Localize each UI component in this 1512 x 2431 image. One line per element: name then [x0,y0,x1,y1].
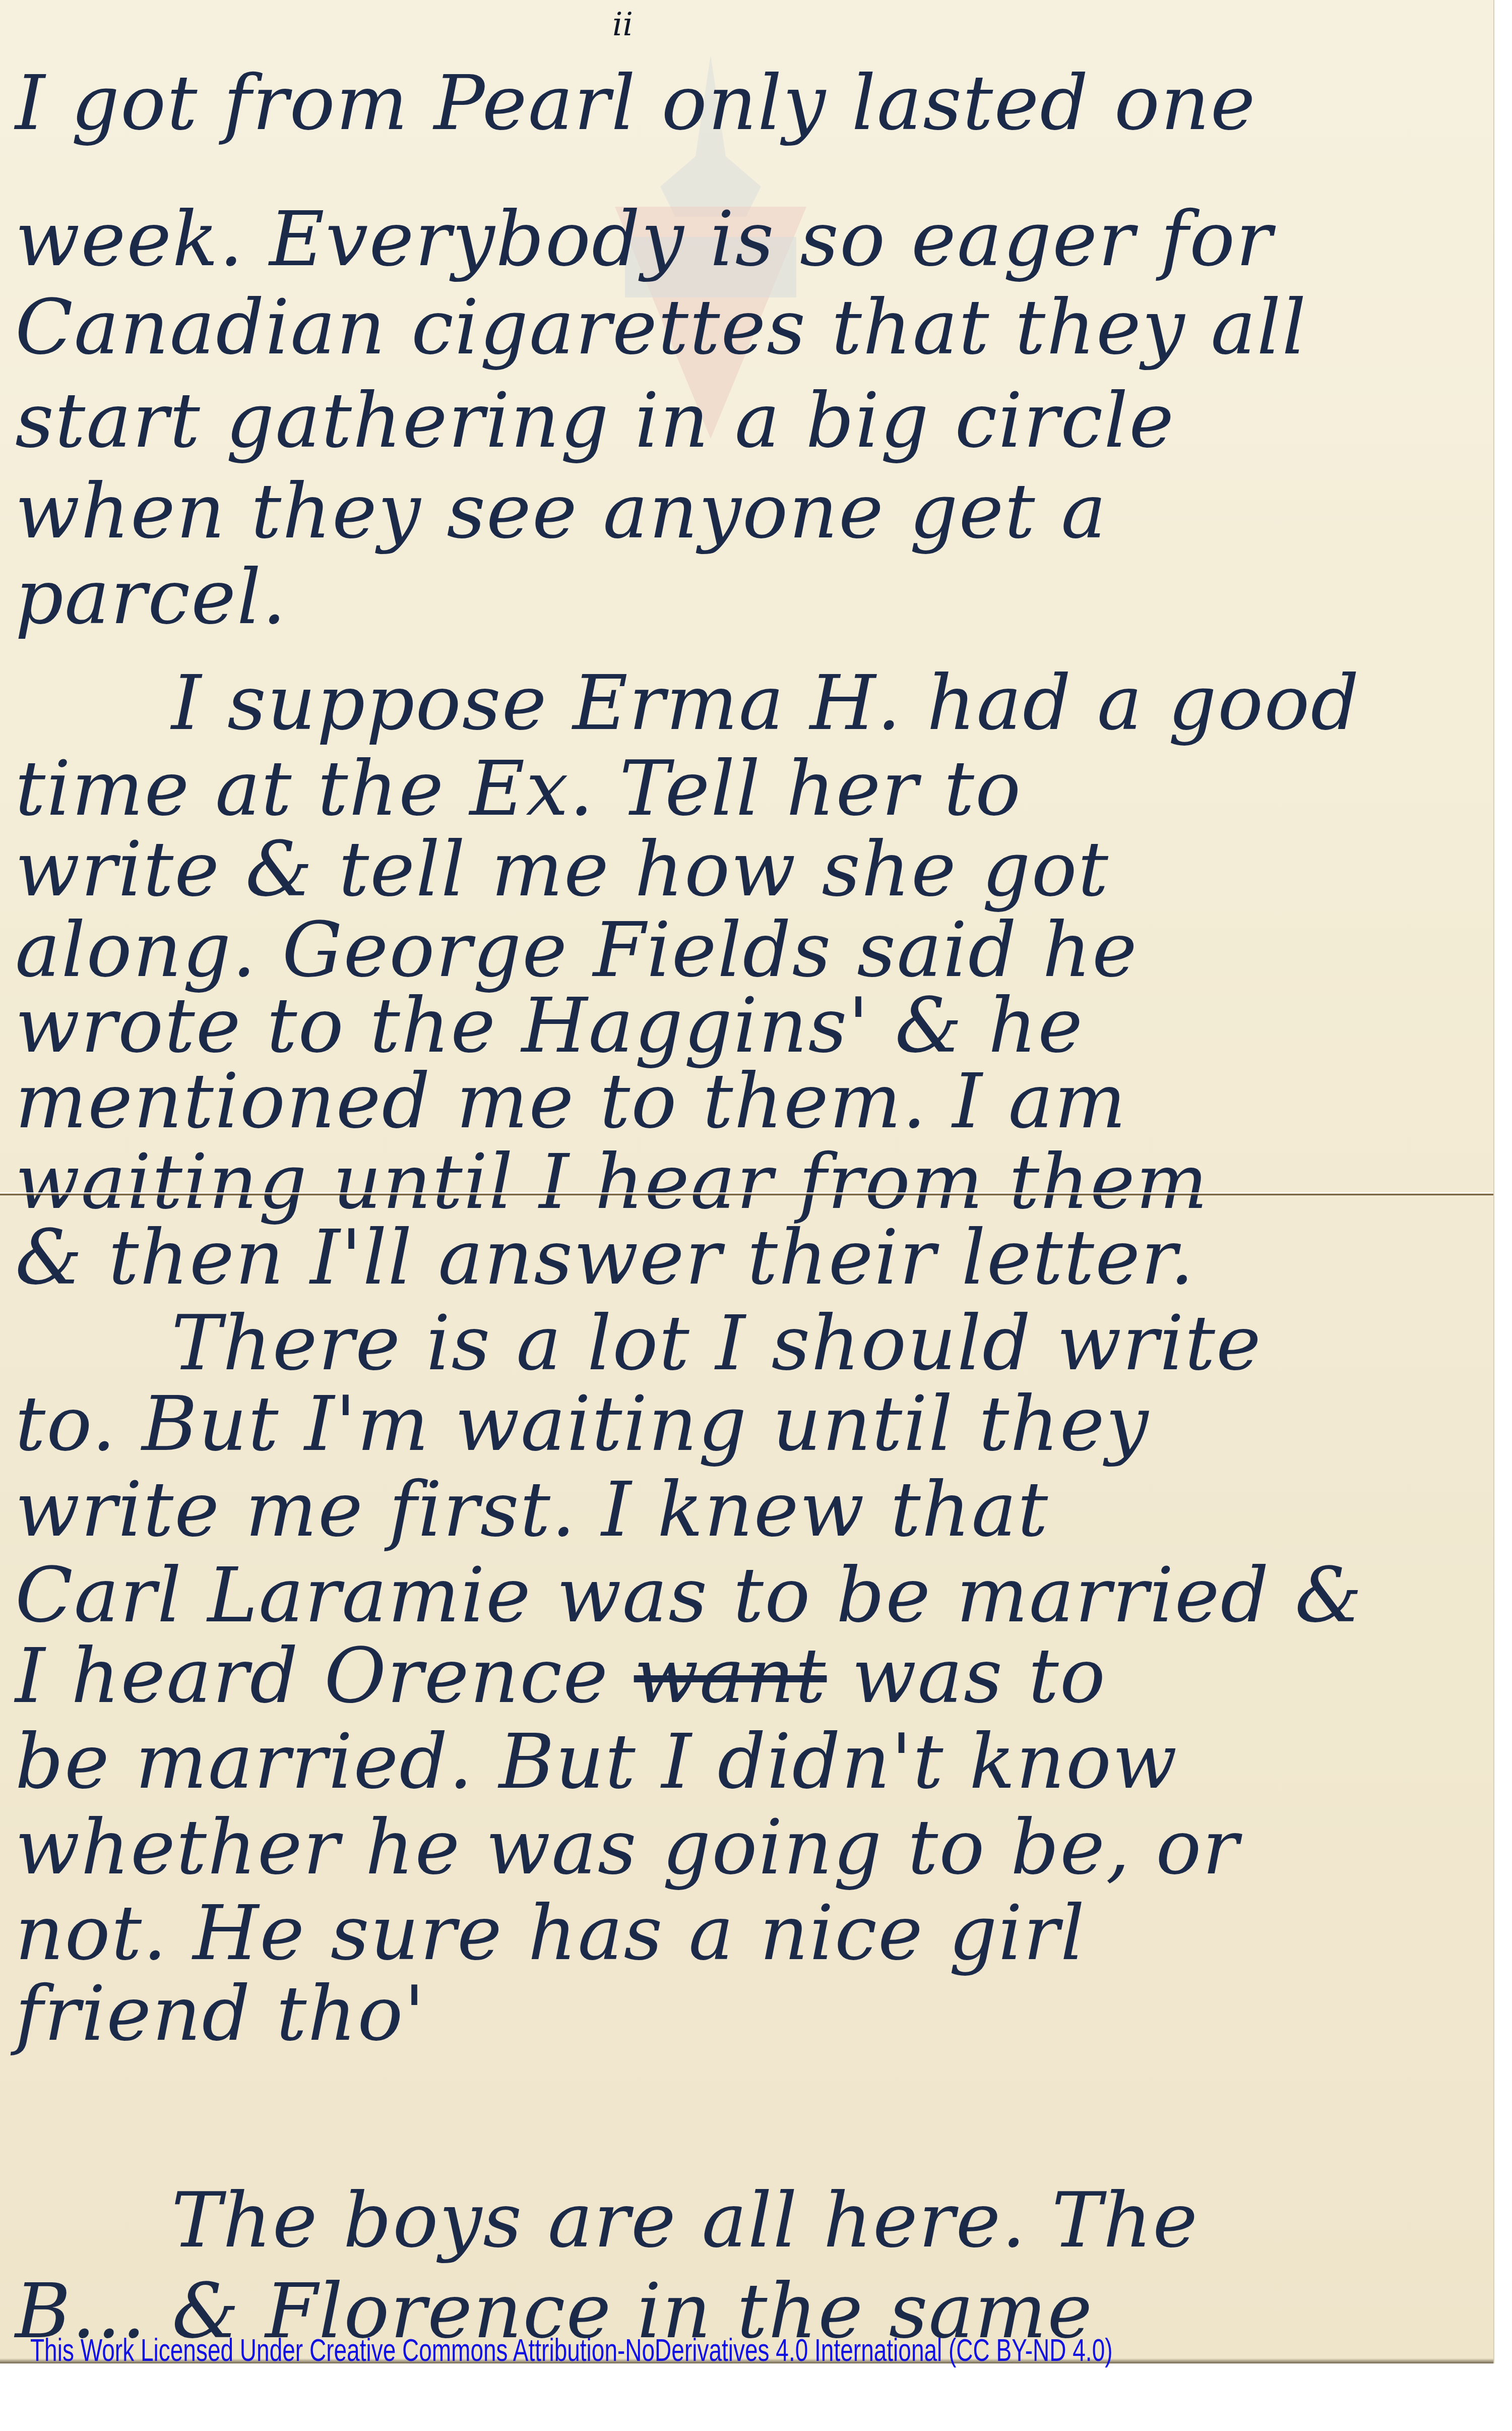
handwritten-line: write & tell me how she got [15,832,1109,907]
handwritten-line: to. But I'm waiting until they [15,1386,1149,1462]
page-number-mark: ii [612,6,633,43]
handwritten-line: I suppose Erma H. had a good [171,665,1360,741]
line-text: I heard Orence [15,1632,609,1720]
handwritten-line: not. He sure has a nice girl [15,1896,1086,1971]
handwritten-line: The boys are all here. The [171,2183,1199,2259]
fold-crease [0,1192,1493,1195]
handwritten-line: Canadian cigarettes that they all [15,290,1307,366]
handwritten-line: waiting until I hear from them [15,1144,1209,1220]
handwritten-line: & then I'll answer their letter. [15,1220,1195,1296]
handwritten-line: mentioned me to them. I am [15,1064,1127,1139]
handwritten-line: be married. But I didn't know [15,1724,1178,1800]
handwritten-line: I got from Pearl only lasted one [15,66,1256,141]
handwritten-line: along. George Fields said he [15,913,1138,988]
handwritten-line: week. Everybody is so eager for [15,202,1273,277]
handwritten-line: time at the Ex. Tell her to [15,751,1022,827]
handwritten-line: Carl Laramie was to be married & [15,1558,1363,1633]
letter-paper: ii I got from Pearl only lasted one week… [0,0,1493,2363]
handwritten-line: when they see anyone get a [15,474,1107,550]
handwritten-line: friend tho' [15,1976,426,2052]
struck-word: want [634,1632,827,1720]
handwritten-line: wrote to the Haggins' & he [15,988,1084,1064]
handwritten-line: start gathering in a big circle [15,383,1175,459]
handwritten-line: write me first. I knew that [15,1472,1049,1548]
handwritten-line: whether he was going to be, or [15,1810,1239,1886]
handwritten-line: I heard Orence want was to [15,1638,1106,1714]
handwritten-line: There is a lot I should write [171,1306,1262,1381]
line-text: was to [852,1632,1106,1720]
handwritten-line: parcel. [15,560,287,635]
license-notice: This Work Licensed Under Creative Common… [30,2332,1113,2368]
